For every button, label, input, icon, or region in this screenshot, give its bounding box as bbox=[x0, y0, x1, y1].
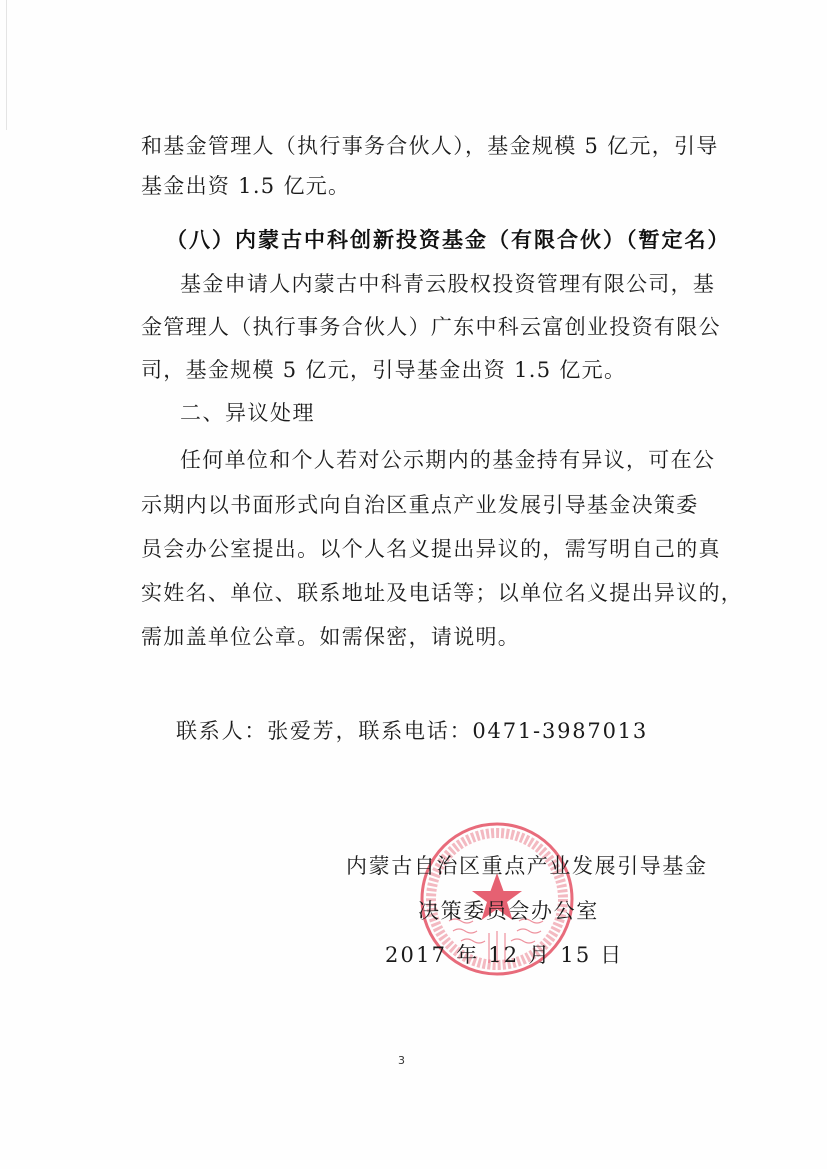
document-page: 和基金管理人（执行事务合伙人），基金规模 5 亿元，引导 基金出资 1.5 亿元… bbox=[0, 0, 827, 1169]
contact-info: 联系人：张爱芳，联系电话：0471-3987013 bbox=[176, 716, 736, 746]
paragraph-line: 需加盖单位公章。如需保密，请说明。 bbox=[141, 622, 701, 652]
scan-edge-line bbox=[6, 0, 7, 130]
paragraph-line: 金管理人（执行事务合伙人）广东中科云富创业投资有限公 bbox=[141, 312, 701, 342]
section-heading-8: （八）内蒙古中科创新投资基金（有限合伙）（暂定名） bbox=[166, 225, 726, 255]
paragraph-line: 基金出资 1.5 亿元。 bbox=[141, 171, 701, 201]
paragraph-line: 和基金管理人（执行事务合伙人），基金规模 5 亿元，引导 bbox=[141, 131, 701, 161]
paragraph-line: 任何单位和个人若对公示期内的基金持有异议，可在公 bbox=[180, 445, 740, 475]
paragraph-line: 员会办公室提出。以个人名义提出异议的，需写明自己的真 bbox=[141, 534, 701, 564]
page-number: 3 bbox=[398, 1054, 418, 1067]
signature-org-line1: 内蒙古自治区重点产业发展引导基金 bbox=[346, 851, 706, 881]
paragraph-line: 基金申请人内蒙古中科青云股权投资管理有限公司，基 bbox=[180, 269, 740, 299]
paragraph-line: 司，基金规模 5 亿元，引导基金出资 1.5 亿元。 bbox=[141, 355, 701, 385]
paragraph-line: 实姓名、单位、联系地址及电话等；以单位名义提出异议的， bbox=[141, 578, 701, 608]
signature-org-line2: 决策委员会办公室 bbox=[418, 896, 778, 926]
section-heading-objection: 二、异议处理 bbox=[180, 398, 740, 428]
paragraph-line: 示期内以书面形式向自治区重点产业发展引导基金决策委 bbox=[141, 490, 701, 520]
signature-date: 2017 年 12 月 15 日 bbox=[385, 940, 827, 970]
